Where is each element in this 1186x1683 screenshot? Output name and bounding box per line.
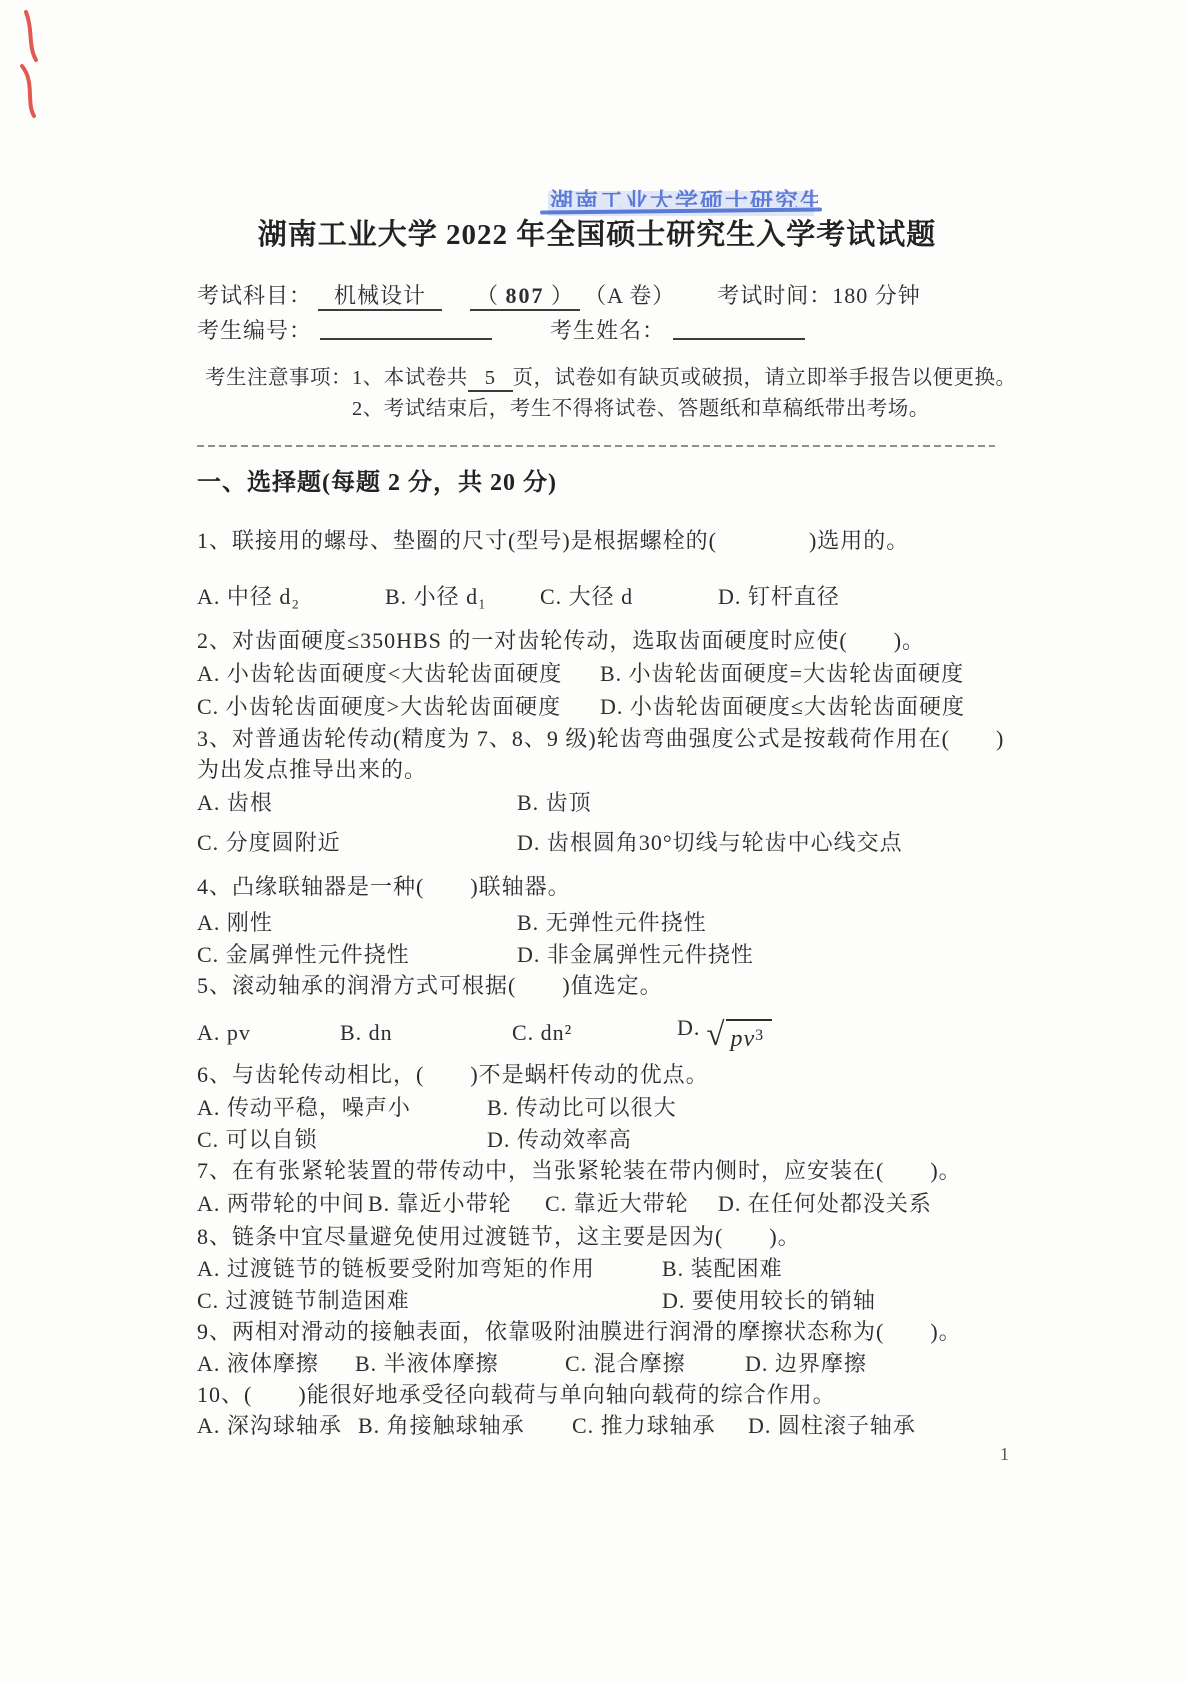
question-5-options: A. pv B. dn C. dn² D.√pv3 — [197, 1009, 997, 1055]
question-2-options-cd: C. 小齿轮齿面硬度>大齿轮齿面硬度 D. 小齿轮齿面硬度≤大齿轮齿面硬度 — [197, 691, 997, 722]
option-9c: C. 混合摩擦 — [565, 1348, 745, 1379]
option-8c: C. 过渡链节制造困难 — [197, 1285, 662, 1316]
exam-title: 湖南工业大学 2022 年全国硕士研究生入学考试试题 — [197, 216, 997, 254]
option-7a: A. 两带轮的中间 — [197, 1188, 368, 1219]
option-9b: B. 半液体摩擦 — [355, 1348, 565, 1379]
option-2d: D. 小齿轮齿面硬度≤大齿轮齿面硬度 — [600, 691, 965, 722]
option-5c: C. dn² — [512, 1017, 677, 1048]
question-4-options-ab: A. 刚性 B. 无弹性元件挠性 — [197, 907, 997, 938]
exam-paper-page: 湖南工业大学硕士研究生入学考试 湖南工业大学 2022 年全国硕士研究生入学考试… — [0, 0, 1186, 1683]
question-7-options: A. 两带轮的中间 B. 靠近小带轮 C. 靠近大带轮 D. 在任何处都没关系 — [197, 1188, 997, 1219]
code-close-paren: ） — [545, 283, 575, 308]
option-5d: D.√pv3 — [677, 1012, 772, 1052]
candidate-id-label: 考生编号： — [197, 318, 312, 343]
option-3d: D. 齿根圆角30°切线与轮齿中心线交点 — [517, 827, 903, 858]
option-1a: A. 中径 d₂ — [197, 581, 385, 612]
option-6b: B. 传动比可以很大 — [487, 1092, 677, 1123]
question-6-options-ab: A. 传动平稳，噪声小 B. 传动比可以很大 — [197, 1092, 997, 1123]
candidate-name-label: 考生姓名： — [550, 318, 665, 343]
option-8b: B. 装配困难 — [662, 1253, 783, 1284]
sqrt-radicand: pv — [731, 1026, 756, 1052]
option-4b: B. 无弹性元件挠性 — [517, 907, 707, 938]
option-7b: B. 靠近小带轮 — [368, 1188, 545, 1219]
subject-label: 考试科目： — [197, 283, 312, 308]
option-7c: C. 靠近大带轮 — [545, 1188, 718, 1219]
option-2c: C. 小齿轮齿面硬度>大齿轮齿面硬度 — [197, 691, 600, 722]
option-10d: D. 圆柱滚子轴承 — [748, 1410, 916, 1441]
option-3b: B. 齿顶 — [517, 787, 592, 818]
notice-label: 考生注意事项： — [205, 363, 352, 425]
option-2b: B. 小齿轮齿面硬度=大齿轮齿面硬度 — [600, 658, 964, 689]
subject-code: （ 807 ） — [470, 283, 580, 311]
option-6a: A. 传动平稳，噪声小 — [197, 1092, 487, 1123]
notice-item-1-pre: 1、本试卷共 — [352, 367, 468, 389]
option-8d: D. 要使用较长的销轴 — [662, 1285, 876, 1316]
option-5d-label: D. — [677, 1015, 700, 1040]
candidate-id-blank — [320, 314, 492, 340]
question-10-stem: 10、( )能很好地承受径向载荷与单向轴向载荷的综合作用。 — [197, 1379, 997, 1410]
notice-items: 1、本试卷共5页，试卷如有缺页或破损，请立即举手报告以便更换。 2、考试结束后，… — [352, 363, 1017, 425]
question-3-stem-line2: 为出发点推导出来的。 — [197, 754, 997, 785]
question-3-options-cd: C. 分度圆附近 D. 齿根圆角30°切线与轮齿中心线交点 — [197, 827, 997, 858]
option-3c: C. 分度圆附近 — [197, 827, 517, 858]
option-2a: A. 小齿轮齿面硬度<大齿轮齿面硬度 — [197, 658, 600, 689]
option-1d: D. 钉杆直径 — [718, 581, 840, 612]
page-content: 湖南工业大学 2022 年全国硕士研究生入学考试试题 考试科目：机械设计（ 80… — [197, 0, 997, 1441]
page-number: 1 — [1000, 1444, 1009, 1465]
sqrt-formula: √pv3 — [706, 1019, 772, 1052]
question-2-options-ab: A. 小齿轮齿面硬度<大齿轮齿面硬度 B. 小齿轮齿面硬度=大齿轮齿面硬度 — [197, 658, 997, 689]
code-open-paren: （ — [476, 283, 506, 308]
section-heading: 一、选择题(每题 2 分，共 20 分) — [197, 465, 997, 501]
option-10b: B. 角接触球轴承 — [358, 1410, 572, 1441]
option-6c: C. 可以自锁 — [197, 1124, 487, 1155]
option-9d: D. 边界摩擦 — [745, 1348, 867, 1379]
dashed-divider — [197, 445, 995, 447]
question-1-stem: 1、联接用的螺母、垫圈的尺寸(型号)是根据螺栓的( )选用的。 — [197, 525, 997, 556]
option-5b: B. dn — [340, 1017, 512, 1048]
question-8-options-ab: A. 过渡链节的链板要受附加弯矩的作用 B. 装配困难 — [197, 1253, 997, 1284]
question-3-stem: 3、对普通齿轮传动(精度为 7、8、9 级)轮齿弯曲强度公式是按载荷作用在( ) — [197, 723, 997, 754]
option-1b: B. 小径 d₁ — [385, 581, 540, 612]
question-6-stem: 6、与齿轮传动相比，( )不是蜗杆传动的优点。 — [197, 1059, 997, 1090]
exam-info-row: 考试科目：机械设计（ 807 ）（A 卷）考试时间：180 分钟 — [197, 280, 997, 312]
option-10a: A. 深沟球轴承 — [197, 1410, 358, 1441]
question-1-options: A. 中径 d₂ B. 小径 d₁ C. 大径 d D. 钉杆直径 — [197, 581, 997, 612]
code-number: 807 — [506, 283, 545, 308]
option-6d: D. 传动效率高 — [487, 1124, 632, 1155]
question-3-options-ab: A. 齿根 B. 齿顶 — [197, 787, 997, 818]
red-pen-marks — [6, 4, 58, 122]
question-7-stem: 7、在有张紧轮装置的带传动中，当张紧轮装在带内侧时，应安装在( )。 — [197, 1155, 997, 1186]
option-4a: A. 刚性 — [197, 907, 517, 938]
question-4-options-cd: C. 金属弹性元件挠性 D. 非金属弹性元件挠性 — [197, 939, 997, 970]
question-9-stem: 9、两相对滑动的接触表面，依靠吸附油膜进行润滑的摩擦状态称为( )。 — [197, 1316, 997, 1347]
option-4c: C. 金属弹性元件挠性 — [197, 939, 517, 970]
option-8a: A. 过渡链节的链板要受附加弯矩的作用 — [197, 1253, 662, 1284]
blue-watermark-text: 湖南工业大学硕士研究生入学考试 — [550, 183, 818, 207]
notice-block: 考生注意事项： 1、本试卷共5页，试卷如有缺页或破损，请立即举手报告以便更换。 … — [205, 363, 997, 425]
question-4-stem: 4、凸缘联轴器是一种( )联轴器。 — [197, 871, 997, 902]
radical-sign: √ — [706, 1019, 725, 1052]
question-8-options-cd: C. 过渡链节制造困难 D. 要使用较长的销轴 — [197, 1285, 997, 1316]
notice-item-1-post: 页，试卷如有缺页或破损，请立即举手报告以便更换。 — [513, 367, 1017, 389]
option-7d: D. 在任何处都没关系 — [718, 1188, 932, 1219]
question-5-stem: 5、滚动轴承的润滑方式可根据( )值选定。 — [197, 970, 997, 1001]
option-10c: C. 推力球轴承 — [572, 1410, 748, 1441]
question-8-stem: 8、链条中宜尽量避免使用过渡链节，这主要是因为( )。 — [197, 1221, 997, 1252]
option-9a: A. 液体摩擦 — [197, 1348, 355, 1379]
option-1c: C. 大径 d — [540, 581, 718, 612]
candidate-name-blank — [673, 314, 805, 340]
notice-item-2: 2、考试结束后，考生不得将试卷、答题纸和草稿纸带出考场。 — [352, 398, 930, 420]
subject-value: 机械设计 — [318, 283, 442, 311]
option-5a: A. pv — [197, 1017, 340, 1048]
question-2-stem: 2、对齿面硬度≤350HBS 的一对齿轮传动，选取齿面硬度时应使( )。 — [197, 625, 997, 656]
notice-item-1: 1、本试卷共5页，试卷如有缺页或破损，请立即举手报告以便更换。 — [352, 367, 1017, 389]
candidate-row: 考生编号：考生姓名： — [197, 314, 997, 347]
question-9-options: A. 液体摩擦 B. 半液体摩擦 C. 混合摩擦 D. 边界摩擦 — [197, 1348, 997, 1379]
page-count-value: 5 — [468, 366, 513, 392]
question-6-options-cd: C. 可以自锁 D. 传动效率高 — [197, 1124, 997, 1155]
exam-time: 考试时间：180 分钟 — [717, 283, 921, 308]
option-3a: A. 齿根 — [197, 787, 517, 818]
sqrt-exponent: 3 — [755, 1027, 764, 1044]
option-4d: D. 非金属弹性元件挠性 — [517, 939, 754, 970]
paper-type: （A 卷） — [584, 283, 675, 308]
question-10-options: A. 深沟球轴承 B. 角接触球轴承 C. 推力球轴承 D. 圆柱滚子轴承 — [197, 1410, 997, 1441]
